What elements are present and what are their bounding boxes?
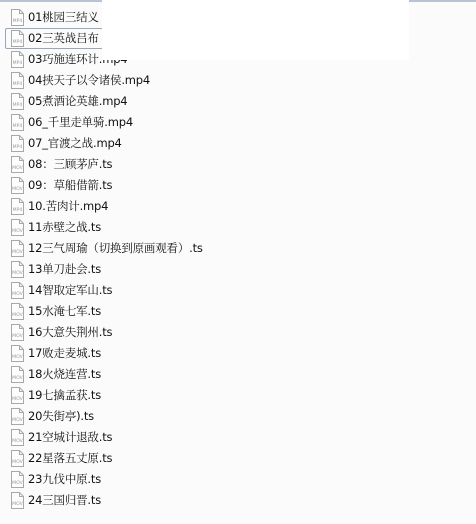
- mov-file-icon: MOV: [10, 366, 25, 383]
- svg-text:MOV: MOV: [12, 249, 23, 255]
- file-name: 19七擒孟获.ts: [28, 385, 101, 406]
- svg-text:MP4: MP4: [13, 144, 23, 150]
- mp4-file-icon: MP4: [10, 198, 25, 215]
- mp4-file-icon: MP4: [10, 93, 25, 110]
- mov-file-icon: MOV: [10, 219, 25, 236]
- svg-text:MOV: MOV: [12, 438, 23, 444]
- file-item[interactable]: MOV 14智取定军山.ts: [5, 280, 210, 301]
- file-name: 08：三顾茅庐.ts: [28, 154, 112, 175]
- mov-file-icon: MOV: [10, 324, 25, 341]
- svg-text:MOV: MOV: [12, 501, 23, 507]
- file-name: 18火烧连营.ts: [28, 364, 101, 385]
- svg-text:MOV: MOV: [12, 480, 23, 486]
- svg-text:MOV: MOV: [12, 165, 23, 171]
- mp4-file-icon: MP4: [10, 30, 25, 47]
- file-name: 09：草船借箭.ts: [28, 175, 112, 196]
- mp4-file-icon: MP4: [10, 51, 25, 68]
- file-name: 16大意失荆州.ts: [28, 322, 112, 343]
- svg-text:MOV: MOV: [12, 186, 23, 192]
- file-item[interactable]: MOV 19七擒孟获.ts: [5, 385, 210, 406]
- mp4-file-icon: MP4: [10, 72, 25, 89]
- mov-file-icon: MOV: [10, 408, 25, 425]
- file-item[interactable]: MOV 17败走麦城.ts: [5, 343, 210, 364]
- file-name: 02三英战吕布: [28, 28, 99, 49]
- svg-text:MOV: MOV: [12, 270, 23, 276]
- file-name: 07_官渡之战.mp4: [28, 133, 122, 154]
- file-item[interactable]: MOV 22星落五丈原.ts: [5, 448, 210, 469]
- file-item[interactable]: MOV 24三国归晋.ts: [5, 490, 210, 511]
- mov-file-icon: MOV: [10, 261, 25, 278]
- svg-text:MOV: MOV: [12, 228, 23, 234]
- file-name: 14智取定军山.ts: [28, 280, 112, 301]
- file-name: 12三气周瑜（切换到原画观看）.ts: [28, 238, 203, 259]
- overlay-panel: [102, 0, 409, 60]
- svg-text:MOV: MOV: [12, 396, 23, 402]
- file-list: MP4 01桃园三结义 MP4 02三英战吕布 MP4 03巧施连环计.mp4: [5, 7, 210, 511]
- file-name: 20失街亭).ts: [28, 406, 94, 427]
- file-name: 10.苦肉计.mp4: [28, 196, 108, 217]
- svg-text:MP4: MP4: [13, 207, 23, 213]
- file-item[interactable]: MP4 06_千里走单骑.mp4: [5, 112, 210, 133]
- file-name: 05煮酒论英雄.mp4: [28, 91, 127, 112]
- mov-file-icon: MOV: [10, 303, 25, 320]
- svg-text:MP4: MP4: [13, 60, 23, 66]
- file-item[interactable]: MP4 10.苦肉计.mp4: [5, 196, 210, 217]
- file-name: 21空城计退敌.ts: [28, 427, 112, 448]
- file-item[interactable]: MOV 11赤壁之战.ts: [5, 217, 210, 238]
- svg-text:MP4: MP4: [13, 18, 23, 24]
- file-item[interactable]: MOV 20失街亭).ts: [5, 406, 210, 427]
- file-name: 13单刀赴会.ts: [28, 259, 101, 280]
- file-name: 04挟天子以令诸侯.mp4: [28, 70, 150, 91]
- file-item[interactable]: MOV 18火烧连营.ts: [5, 364, 210, 385]
- file-item[interactable]: MOV 16大意失荆州.ts: [5, 322, 210, 343]
- file-name: 24三国归晋.ts: [28, 490, 101, 511]
- mov-file-icon: MOV: [10, 177, 25, 194]
- svg-text:MOV: MOV: [12, 333, 23, 339]
- mov-file-icon: MOV: [10, 345, 25, 362]
- file-name: 22星落五丈原.ts: [28, 448, 112, 469]
- svg-text:MOV: MOV: [12, 354, 23, 360]
- file-item[interactable]: MOV 09：草船借箭.ts: [5, 175, 210, 196]
- svg-text:MP4: MP4: [13, 102, 23, 108]
- file-item[interactable]: MOV 15水淹七军.ts: [5, 301, 210, 322]
- file-name: 23九伐中原.ts: [28, 469, 101, 490]
- svg-text:MOV: MOV: [12, 291, 23, 297]
- mov-file-icon: MOV: [10, 387, 25, 404]
- mov-file-icon: MOV: [10, 471, 25, 488]
- mp4-file-icon: MP4: [10, 9, 25, 26]
- mp4-file-icon: MP4: [10, 114, 25, 131]
- file-item[interactable]: MOV 23九伐中原.ts: [5, 469, 210, 490]
- mp4-file-icon: MP4: [10, 135, 25, 152]
- svg-text:MOV: MOV: [12, 459, 23, 465]
- svg-text:MOV: MOV: [12, 312, 23, 318]
- file-name: 06_千里走单骑.mp4: [28, 112, 133, 133]
- file-name: 01桃园三结义: [28, 7, 99, 28]
- mov-file-icon: MOV: [10, 450, 25, 467]
- mov-file-icon: MOV: [10, 240, 25, 257]
- svg-text:MOV: MOV: [12, 375, 23, 381]
- file-item[interactable]: MOV 13单刀赴会.ts: [5, 259, 210, 280]
- svg-text:MOV: MOV: [12, 417, 23, 423]
- mov-file-icon: MOV: [10, 492, 25, 509]
- file-name: 15水淹七军.ts: [28, 301, 101, 322]
- file-item[interactable]: MOV 08：三顾茅庐.ts: [5, 154, 210, 175]
- file-name: 17败走麦城.ts: [28, 343, 101, 364]
- mov-file-icon: MOV: [10, 282, 25, 299]
- svg-text:MP4: MP4: [13, 81, 23, 87]
- file-item[interactable]: MP4 04挟天子以令诸侯.mp4: [5, 70, 210, 91]
- svg-text:MP4: MP4: [13, 39, 23, 45]
- file-name: 11赤壁之战.ts: [28, 217, 101, 238]
- mov-file-icon: MOV: [10, 429, 25, 446]
- mov-file-icon: MOV: [10, 156, 25, 173]
- file-item[interactable]: MOV 21空城计退敌.ts: [5, 427, 210, 448]
- file-item[interactable]: MOV 12三气周瑜（切换到原画观看）.ts: [5, 238, 210, 259]
- svg-text:MP4: MP4: [13, 123, 23, 129]
- file-item[interactable]: MP4 07_官渡之战.mp4: [5, 133, 210, 154]
- file-item[interactable]: MP4 05煮酒论英雄.mp4: [5, 91, 210, 112]
